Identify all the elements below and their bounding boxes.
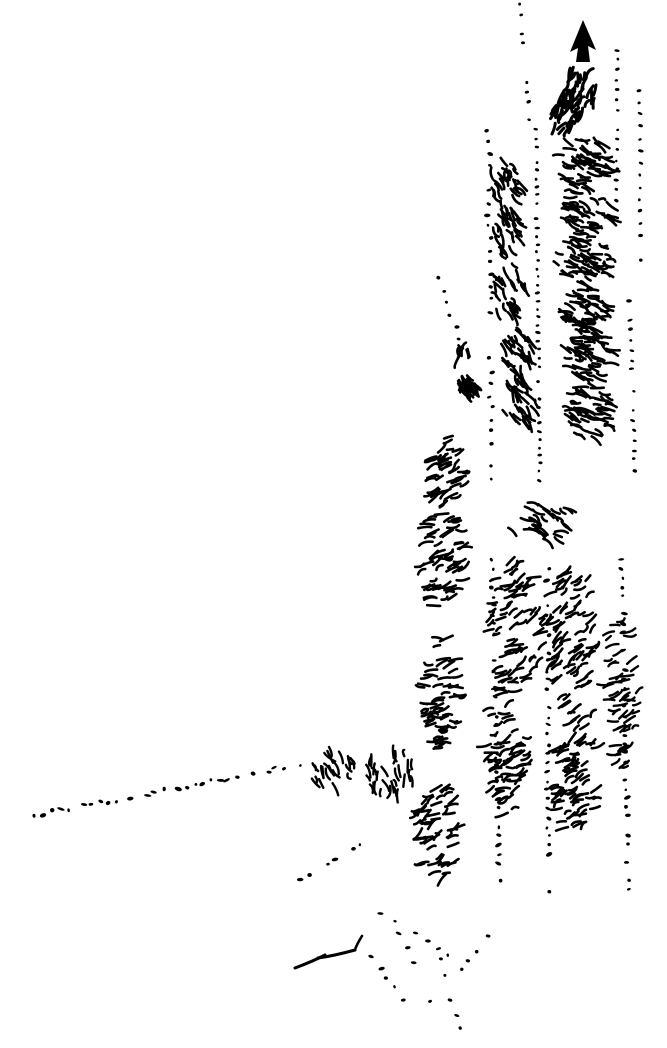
background xyxy=(0,0,667,1048)
tower-sketch-image xyxy=(0,0,667,1048)
tower-drawing xyxy=(0,0,667,1048)
